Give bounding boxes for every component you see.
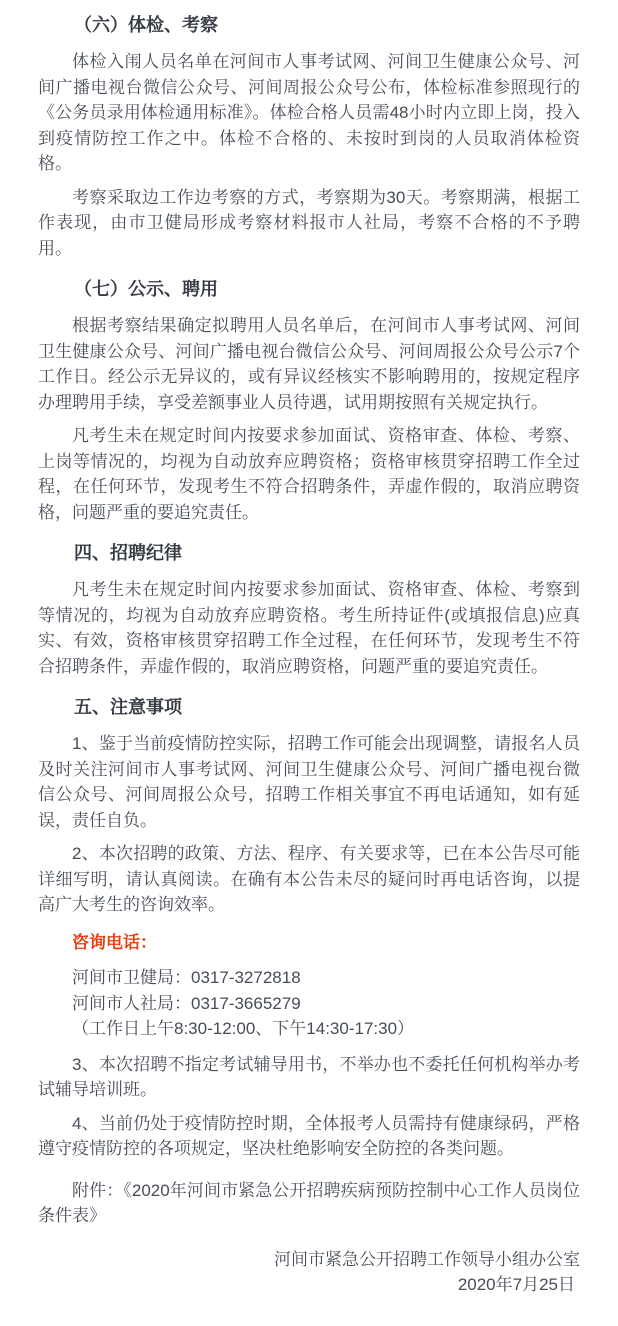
note-item-4: 4、当前仍处于疫情防控时期，全体报考人员需持有健康绿码，严格遵守疫情防控的各项规… — [38, 1111, 580, 1162]
paragraph-discipline: 凡考生未在规定时间内按要求参加面试、资格审查、体检、考察到等情况的，均视为自动放… — [38, 577, 580, 679]
phone-hr-bureau: 河间市人社局：0317-3665279 — [38, 991, 580, 1017]
paragraph-forfeit-qualification: 凡考生未在规定时间内按要求参加面试、资格审查、体检、考察、上岗等情况的，均视为自… — [38, 423, 580, 525]
paragraph-publicity: 根据考察结果确定拟聘用人员名单后，在河间市人事考试网、河间卫生健康公众号、河间广… — [38, 313, 580, 415]
section-heading-notes: 五、注意事项 — [38, 694, 580, 721]
signature-block: 河间市紧急公开招聘工作领导小组办公室 2020年7月25日 — [38, 1247, 580, 1298]
note-item-3: 3、本次招聘不指定考试辅导用书，不举办也不委托任何机构举办考试辅导培训班。 — [38, 1052, 580, 1103]
section-heading-physical-exam-inspection: （六）体检、考察 — [38, 12, 580, 39]
attachment-reference: 附件：《2020年河间市紧急公开招聘疾病预防控制中心工作人员岗位条件表》 — [38, 1178, 580, 1229]
signoff-date: 2020年7月25日 — [38, 1272, 580, 1298]
section-heading-publicity-employment: （七）公示、聘用 — [38, 276, 580, 303]
note-item-2: 2、本次招聘的政策、方法、程序、有关要求等，已在本公告尽可能详细写明，请认真阅读… — [38, 841, 580, 918]
consultation-phone-label: 咨询电话： — [38, 930, 580, 956]
paragraph-inspection-period: 考察采取边工作边考察的方式，考察期为30天。考察期满，根据工作表现，由市卫健局形… — [38, 185, 580, 262]
phone-health-bureau: 河间市卫健局：0317-3272818 — [38, 965, 580, 991]
phone-office-hours: （工作日上午8:30-12:00、下午14:30-17:30） — [38, 1016, 580, 1042]
signoff-organization: 河间市紧急公开招聘工作领导小组办公室 — [38, 1247, 580, 1273]
note-item-1: 1、鉴于当前疫情防控实际，招聘工作可能会出现调整，请报名人员及时关注河间市人事考… — [38, 731, 580, 833]
paragraph-physical-exam: 体检入闱人员名单在河间市人事考试网、河间卫生健康公众号、河间广播电视台微信公众号… — [38, 49, 580, 177]
section-heading-recruitment-discipline: 四、招聘纪律 — [38, 540, 580, 567]
recruitment-notice-document: （六）体检、考察 体检入闱人员名单在河间市人事考试网、河间卫生健康公众号、河间广… — [0, 0, 618, 1326]
